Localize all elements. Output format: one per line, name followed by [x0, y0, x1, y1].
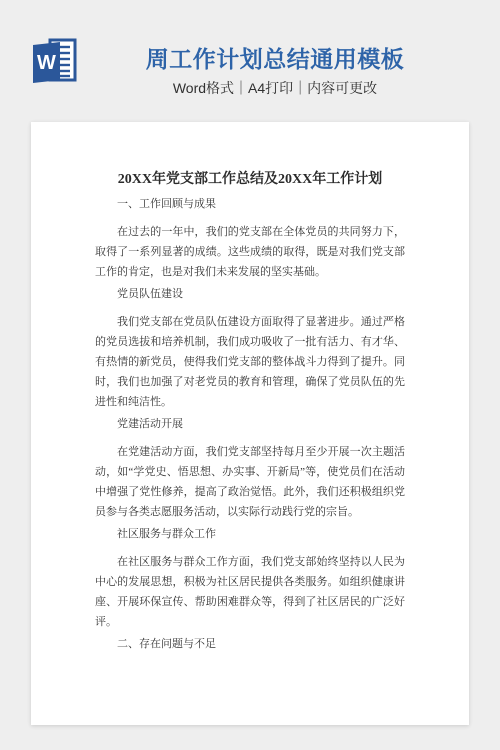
header-banner: W 周工作计划总结通用模板 Word格式｜A4打印｜内容可更改	[0, 0, 500, 122]
doc-subheading: 社区服务与群众工作	[95, 524, 405, 544]
document-preview-page: 20XX年党支部工作总结及20XX年工作计划 一、工作回顾与成果在过去的一年中，…	[31, 122, 469, 725]
doc-subheading: 党员队伍建设	[95, 284, 405, 304]
doc-paragraph: 我们党支部在党员队伍建设方面取得了显著进步。通过严格的党员选拔和培养机制，我们成…	[95, 312, 405, 412]
template-title: 周工作计划总结通用模板	[50, 41, 500, 74]
doc-paragraph: 在党建活动方面，我们党支部坚持每月至少开展一次主题活动，如“学党史、悟思想、办实…	[95, 442, 405, 522]
doc-heading: 二、存在问题与不足	[95, 634, 405, 654]
document-body: 一、工作回顾与成果在过去的一年中，我们的党支部在全体党员的共同努力下，取得了一系…	[95, 194, 405, 654]
template-preview-page: W 周工作计划总结通用模板 Word格式｜A4打印｜内容可更改 20XX年党支部…	[0, 0, 500, 750]
document-title: 20XX年党支部工作总结及20XX年工作计划	[95, 170, 405, 190]
template-subtitle: Word格式｜A4打印｜内容可更改	[50, 78, 500, 98]
doc-paragraph: 在社区服务与群众工作方面，我们党支部始终坚持以人民为中心的发展思想，积极为社区居…	[95, 552, 405, 632]
doc-paragraph: 在过去的一年中，我们的党支部在全体党员的共同努力下，取得了一系列显著的成绩。这些…	[95, 222, 405, 282]
doc-heading: 一、工作回顾与成果	[95, 194, 405, 214]
doc-subheading: 党建活动开展	[95, 414, 405, 434]
